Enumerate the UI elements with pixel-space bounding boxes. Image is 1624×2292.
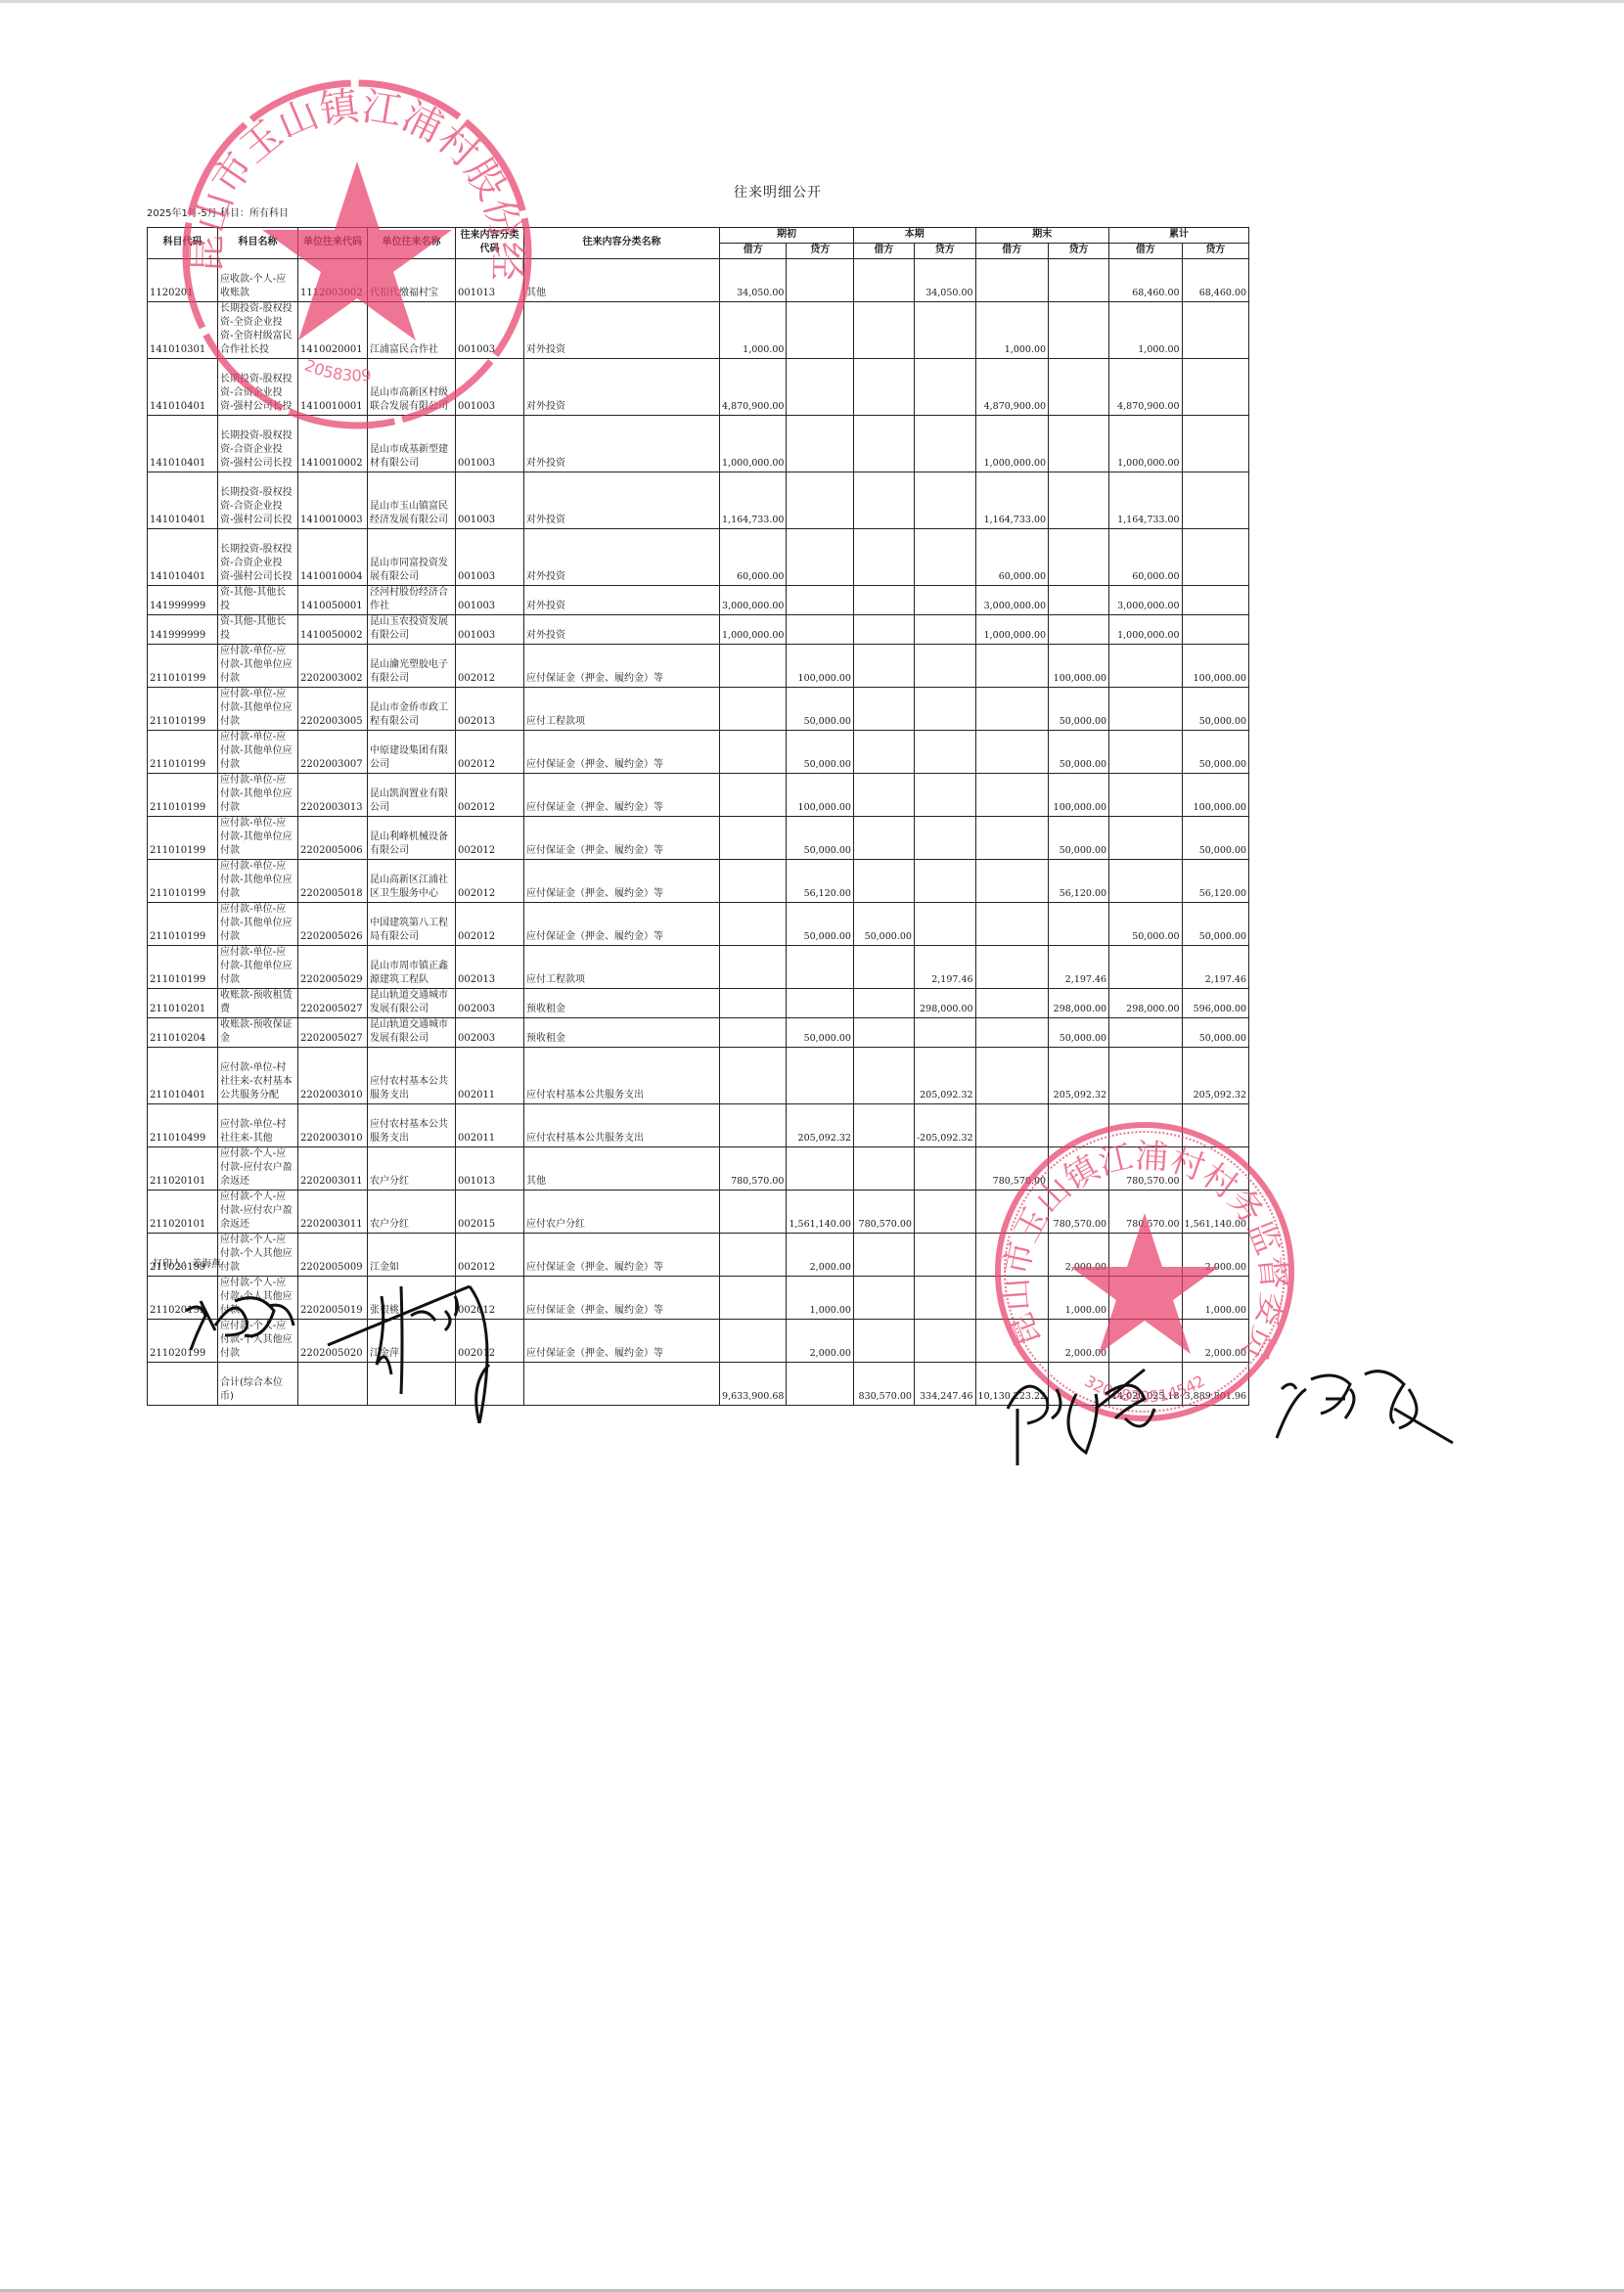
total-open-debit: 9,633,900.68 — [720, 1363, 787, 1406]
closing-credit-cell: 1,000.00 — [1049, 1277, 1109, 1320]
unit-code-cell: 2202005026 — [298, 903, 368, 946]
subject-name-cell: 应付款-单位-应付款-其他单位应付款 — [218, 946, 298, 989]
unit-code-cell: 2202005027 — [298, 989, 368, 1018]
current-credit-cell — [914, 472, 975, 529]
unit-name-cell: 昆山轨道交通城市发展有限公司 — [368, 1018, 456, 1048]
subject-code-cell: 211010201 — [148, 989, 218, 1018]
header-current-credit: 贷方 — [914, 244, 975, 259]
table-row: 211010199应付款-单位-应付款-其他单位应付款2202005026中国建… — [148, 903, 1249, 946]
closing-credit-cell — [1049, 615, 1109, 645]
current-credit-cell — [914, 903, 975, 946]
table-row: 211010199应付款-单位-应付款-其他单位应付款2202003005昆山市… — [148, 688, 1249, 731]
opening-debit-cell: 1,000,000.00 — [720, 416, 787, 472]
subject-code-cell: 141010401 — [148, 359, 218, 416]
cumulative-credit-cell — [1182, 529, 1248, 586]
current-debit-cell — [853, 416, 914, 472]
opening-credit-cell: 50,000.00 — [787, 1018, 853, 1048]
closing-debit-cell — [975, 1048, 1049, 1104]
table-row: 141999999资-其他-其他长投1410050001泾河村股份经济合作社00… — [148, 586, 1249, 615]
current-debit-cell — [853, 688, 914, 731]
header-cumulative-debit: 借方 — [1109, 244, 1183, 259]
cumulative-debit-cell — [1109, 1048, 1183, 1104]
unit-name-cell: 昆山市周市镇正鑫源建筑工程队 — [368, 946, 456, 989]
opening-debit-cell — [720, 989, 787, 1018]
cumulative-debit-cell: 1,000,000.00 — [1109, 416, 1183, 472]
unit-name-cell: 昆山市玉山镇富民经济发展有限公司 — [368, 472, 456, 529]
header-subject-name: 科目名称 — [218, 228, 298, 259]
cumulative-debit-cell: 1,000.00 — [1109, 302, 1183, 359]
closing-debit-cell: 1,000.00 — [975, 302, 1049, 359]
table-row: 141010401长期投资-股权投资-合资企业投资-强村公司长投14100100… — [148, 472, 1249, 529]
current-debit-cell — [853, 586, 914, 615]
total-blank-4 — [524, 1363, 720, 1406]
total-cumulative-debit: 14,020,025.18 — [1109, 1363, 1183, 1406]
unit-code-cell: 2202005009 — [298, 1234, 368, 1277]
closing-credit-cell: 50,000.00 — [1049, 817, 1109, 860]
closing-debit-cell: 1,000,000.00 — [975, 615, 1049, 645]
unit-code-cell: 2202003010 — [298, 1048, 368, 1104]
opening-credit-cell: 2,000.00 — [787, 1234, 853, 1277]
table-row: 211020199应付款-个人-应付款-个人其他应付款2202005009江金如… — [148, 1234, 1249, 1277]
opening-credit-cell — [787, 472, 853, 529]
category-code-cell: 002013 — [456, 946, 524, 989]
cumulative-credit-cell: 205,092.32 — [1182, 1048, 1248, 1104]
closing-credit-cell: 205,092.32 — [1049, 1048, 1109, 1104]
current-debit-cell: 780,570.00 — [853, 1191, 914, 1234]
table-row: 141010401长期投资-股权投资-合资企业投资-强村公司长投14100100… — [148, 416, 1249, 472]
closing-debit-cell — [975, 989, 1049, 1018]
subject-name-cell: 应付款-单位-村社往来-农村基本公共服务分配 — [218, 1048, 298, 1104]
category-name-cell: 应付工程款项 — [524, 688, 720, 731]
subject-name-cell: 应付款-单位-应付款-其他单位应付款 — [218, 645, 298, 688]
subject-code-cell: 211010401 — [148, 1048, 218, 1104]
subject-name-cell: 应收款-个人-应收账款 — [218, 259, 298, 302]
current-debit-cell — [853, 774, 914, 817]
cumulative-credit-cell: 50,000.00 — [1182, 1018, 1248, 1048]
category-name-cell: 对外投资 — [524, 302, 720, 359]
opening-credit-cell: 1,561,140.00 — [787, 1191, 853, 1234]
cumulative-credit-cell: 56,120.00 — [1182, 860, 1248, 903]
cumulative-debit-cell — [1109, 774, 1183, 817]
cumulative-credit-cell — [1182, 1147, 1248, 1191]
category-name-cell: 预收租金 — [524, 989, 720, 1018]
unit-code-cell: 1112003002 — [298, 259, 368, 302]
opening-credit-cell: 2,000.00 — [787, 1320, 853, 1363]
category-name-cell: 应付农户分红 — [524, 1191, 720, 1234]
closing-debit-cell — [975, 1277, 1049, 1320]
closing-credit-cell: 2,000.00 — [1049, 1234, 1109, 1277]
opening-debit-cell — [720, 645, 787, 688]
subject-name-cell: 应付款-个人-应付款-个人其他应付款 — [218, 1234, 298, 1277]
total-close-debit: 10,130,223.22 — [975, 1363, 1049, 1406]
category-code-cell: 002012 — [456, 860, 524, 903]
opening-debit-cell: 1,000,000.00 — [720, 615, 787, 645]
total-close-credit — [1049, 1363, 1109, 1406]
opening-credit-cell: 50,000.00 — [787, 817, 853, 860]
cumulative-debit-cell: 3,000,000.00 — [1109, 586, 1183, 615]
unit-code-cell: 2202005027 — [298, 1018, 368, 1048]
closing-credit-cell: 50,000.00 — [1049, 731, 1109, 774]
current-credit-cell — [914, 1234, 975, 1277]
subject-code-cell: 211020199 — [148, 1277, 218, 1320]
unit-name-cell: 昆山轨道交通城市发展有限公司 — [368, 989, 456, 1018]
closing-debit-cell — [975, 903, 1049, 946]
cumulative-debit-cell — [1109, 860, 1183, 903]
unit-code-cell: 2202005018 — [298, 860, 368, 903]
subject-name-cell: 资-其他-其他长投 — [218, 615, 298, 645]
opening-debit-cell: 3,000,000.00 — [720, 586, 787, 615]
cumulative-debit-cell: 4,870,900.00 — [1109, 359, 1183, 416]
unit-code-cell: 2202003005 — [298, 688, 368, 731]
table-row: 141010401长期投资-股权投资-合资企业投资-强村公司长投14100100… — [148, 359, 1249, 416]
opening-credit-cell: 100,000.00 — [787, 774, 853, 817]
unit-code-cell: 2202003010 — [298, 1104, 368, 1147]
unit-name-cell: 昆山市同富投资发展有限公司 — [368, 529, 456, 586]
header-category-name: 往来内容分类名称 — [524, 228, 720, 259]
closing-debit-cell: 780,570.00 — [975, 1147, 1049, 1191]
opening-credit-cell: 100,000.00 — [787, 645, 853, 688]
table-row: 211010199应付款-单位-应付款-其他单位应付款2202005029昆山市… — [148, 946, 1249, 989]
total-cumulative-credit: 3,889,801.96 — [1182, 1363, 1248, 1406]
total-current-debit: 830,570.00 — [853, 1363, 914, 1406]
current-credit-cell: 205,092.32 — [914, 1048, 975, 1104]
unit-code-cell: 1410010003 — [298, 472, 368, 529]
opening-debit-cell — [720, 731, 787, 774]
table-row: 211010199应付款-单位-应付款-其他单位应付款2202005006昆山利… — [148, 817, 1249, 860]
cumulative-debit-cell — [1109, 1234, 1183, 1277]
total-empty — [148, 1363, 218, 1406]
total-blank-1 — [298, 1363, 368, 1406]
closing-credit-cell — [1049, 529, 1109, 586]
table-row: 211010401应付款-单位-村社往来-农村基本公共服务分配220200301… — [148, 1048, 1249, 1104]
unit-code-cell: 2202003011 — [298, 1147, 368, 1191]
cumulative-credit-cell: 50,000.00 — [1182, 817, 1248, 860]
closing-credit-cell: 50,000.00 — [1049, 1018, 1109, 1048]
cumulative-credit-cell — [1182, 302, 1248, 359]
category-code-cell: 002012 — [456, 903, 524, 946]
unit-name-cell: 江浦富民合作社 — [368, 302, 456, 359]
cumulative-credit-cell: 2,000.00 — [1182, 1320, 1248, 1363]
cumulative-credit-cell: 1,561,140.00 — [1182, 1191, 1248, 1234]
category-name-cell: 应付保证金（押金、履约金）等 — [524, 860, 720, 903]
category-code-cell: 002012 — [456, 1234, 524, 1277]
opening-credit-cell — [787, 359, 853, 416]
closing-credit-cell — [1049, 259, 1109, 302]
cumulative-debit-cell — [1109, 645, 1183, 688]
opening-debit-cell — [720, 1320, 787, 1363]
unit-code-cell: 2202005019 — [298, 1277, 368, 1320]
header-current-debit: 借方 — [853, 244, 914, 259]
closing-debit-cell — [975, 860, 1049, 903]
cumulative-credit-cell: 100,000.00 — [1182, 774, 1248, 817]
cumulative-credit-cell — [1182, 586, 1248, 615]
category-name-cell: 其他 — [524, 1147, 720, 1191]
current-debit-cell — [853, 529, 914, 586]
subject-name-cell: 应付款-单位-应付款-其他单位应付款 — [218, 860, 298, 903]
opening-debit-cell — [720, 1018, 787, 1048]
cumulative-credit-cell: 50,000.00 — [1182, 903, 1248, 946]
subject-name-cell: 收账款-预收租赁费 — [218, 989, 298, 1018]
closing-credit-cell: 2,000.00 — [1049, 1320, 1109, 1363]
header-closing-credit: 贷方 — [1049, 244, 1109, 259]
cumulative-debit-cell — [1109, 1277, 1183, 1320]
category-code-cell: 001013 — [456, 1147, 524, 1191]
table-row: 211010201收账款-预收租赁费2202005027昆山轨道交通城市发展有限… — [148, 989, 1249, 1018]
current-debit-cell: 50,000.00 — [853, 903, 914, 946]
unit-name-cell: 昆山利峰机械设备有限公司 — [368, 817, 456, 860]
cumulative-debit-cell — [1109, 1104, 1183, 1147]
closing-debit-cell — [975, 731, 1049, 774]
subject-name-cell: 应付款-单位-应付款-其他单位应付款 — [218, 774, 298, 817]
category-name-cell: 应付保证金（押金、履约金）等 — [524, 645, 720, 688]
header-opening-debit: 借方 — [720, 244, 787, 259]
closing-debit-cell — [975, 1018, 1049, 1048]
opening-debit-cell — [720, 860, 787, 903]
header-current: 本期 — [853, 228, 975, 244]
table-row: 141010301长期投资-股权投资-全资企业投资-全资村级富民合作社长投141… — [148, 302, 1249, 359]
total-row: 合计(综合本位币) 9,633,900.68 830,570.00 334,24… — [148, 1363, 1249, 1406]
header-unit-code: 单位往来代码 — [298, 228, 368, 259]
category-code-cell: 002012 — [456, 817, 524, 860]
current-debit-cell — [853, 817, 914, 860]
current-debit-cell — [853, 359, 914, 416]
category-code-cell: 002003 — [456, 989, 524, 1018]
table-row: 141999999资-其他-其他长投1410050002昆山玉农投资发展有限公司… — [148, 615, 1249, 645]
subject-code-cell: 211010199 — [148, 903, 218, 946]
opening-credit-cell — [787, 302, 853, 359]
unit-code-cell: 2202003013 — [298, 774, 368, 817]
opening-debit-cell: 4,870,900.00 — [720, 359, 787, 416]
closing-credit-cell — [1049, 1104, 1109, 1147]
unit-name-cell: 昆山市高新区村级联合发展有限公司 — [368, 359, 456, 416]
document-title: 往来明细公开 — [734, 182, 822, 202]
cumulative-credit-cell — [1182, 359, 1248, 416]
total-current-credit: 334,247.46 — [914, 1363, 975, 1406]
closing-credit-cell — [1049, 302, 1109, 359]
opening-debit-cell: 34,050.00 — [720, 259, 787, 302]
subject-code-cell: 141010401 — [148, 416, 218, 472]
subject-code-cell: 211010199 — [148, 817, 218, 860]
category-code-cell: 002012 — [456, 1320, 524, 1363]
category-name-cell: 对外投资 — [524, 586, 720, 615]
cumulative-credit-cell — [1182, 416, 1248, 472]
category-name-cell: 应付保证金（押金、履约金）等 — [524, 1320, 720, 1363]
closing-credit-cell — [1049, 903, 1109, 946]
opening-credit-cell: 56,120.00 — [787, 860, 853, 903]
opening-credit-cell: 205,092.32 — [787, 1104, 853, 1147]
category-name-cell: 对外投资 — [524, 416, 720, 472]
opening-debit-cell — [720, 688, 787, 731]
total-blank-3 — [456, 1363, 524, 1406]
ledger-body: 1120201应收款-个人-应收账款1112003002代扣代缴福村宝00101… — [148, 259, 1249, 1363]
opening-debit-cell: 1,000.00 — [720, 302, 787, 359]
category-code-cell: 001003 — [456, 615, 524, 645]
current-debit-cell — [853, 860, 914, 903]
cumulative-credit-cell: 2,197.46 — [1182, 946, 1248, 989]
category-code-cell: 001003 — [456, 472, 524, 529]
period-line: 2025年1月-5月 科目：所有科目 — [147, 207, 303, 220]
subject-code-cell: 141010401 — [148, 529, 218, 586]
opening-debit-cell — [720, 903, 787, 946]
table-row: 211010499应付款-单位-村社往来-其他2202003010应付农村基本公… — [148, 1104, 1249, 1147]
category-code-cell: 002015 — [456, 1191, 524, 1234]
closing-debit-cell — [975, 1234, 1049, 1277]
current-credit-cell: 2,197.46 — [914, 946, 975, 989]
opening-credit-cell: 50,000.00 — [787, 731, 853, 774]
current-credit-cell: -205,092.32 — [914, 1104, 975, 1147]
subject-name-cell: 长期投资-股权投资-全资企业投资-全资村级富民合作社长投 — [218, 302, 298, 359]
table-row: 211010199应付款-单位-应付款-其他单位应付款2202005018昆山高… — [148, 860, 1249, 903]
opening-credit-cell — [787, 259, 853, 302]
header-opening: 期初 — [720, 228, 854, 244]
closing-debit-cell — [975, 774, 1049, 817]
category-code-cell: 002012 — [456, 731, 524, 774]
subject-name-cell: 长期投资-股权投资-合资企业投资-强村公司长投 — [218, 359, 298, 416]
unit-name-cell: 昆山市成基新型建材有限公司 — [368, 416, 456, 472]
cumulative-debit-cell: 780,570.00 — [1109, 1191, 1183, 1234]
header-opening-credit: 贷方 — [787, 244, 853, 259]
table-row: 141010401长期投资-股权投资-合资企业投资-强村公司长投14100100… — [148, 529, 1249, 586]
closing-debit-cell: 60,000.00 — [975, 529, 1049, 586]
subject-name-cell: 长期投资-股权投资-合资企业投资-强村公司长投 — [218, 472, 298, 529]
category-name-cell: 应付工程款项 — [524, 946, 720, 989]
opening-debit-cell: 60,000.00 — [720, 529, 787, 586]
opening-debit-cell — [720, 946, 787, 989]
opening-credit-cell — [787, 615, 853, 645]
closing-debit-cell — [975, 688, 1049, 731]
category-code-cell: 002012 — [456, 645, 524, 688]
unit-name-cell: 中国建筑第八工程局有限公司 — [368, 903, 456, 946]
unit-code-cell: 1410050002 — [298, 615, 368, 645]
closing-credit-cell: 50,000.00 — [1049, 688, 1109, 731]
unit-code-cell: 2202005006 — [298, 817, 368, 860]
current-credit-cell — [914, 817, 975, 860]
cumulative-credit-cell: 596,000.00 — [1182, 989, 1248, 1018]
printer-name: 姜海燕 — [192, 1259, 221, 1270]
subject-name-cell: 应付款-个人-应付款-个人其他应付款 — [218, 1277, 298, 1320]
current-credit-cell — [914, 645, 975, 688]
category-name-cell: 预收租金 — [524, 1018, 720, 1048]
category-code-cell: 001003 — [456, 302, 524, 359]
unit-code-cell: 1410010004 — [298, 529, 368, 586]
current-debit-cell — [853, 472, 914, 529]
current-debit-cell — [853, 946, 914, 989]
cumulative-debit-cell: 298,000.00 — [1109, 989, 1183, 1018]
current-credit-cell — [914, 302, 975, 359]
unit-name-cell: 代扣代缴福村宝 — [368, 259, 456, 302]
header-unit-name: 单位往来名称 — [368, 228, 456, 259]
opening-debit-cell — [720, 1048, 787, 1104]
cumulative-debit-cell: 60,000.00 — [1109, 529, 1183, 586]
current-debit-cell — [853, 645, 914, 688]
current-credit-cell — [914, 529, 975, 586]
cumulative-debit-cell: 68,460.00 — [1109, 259, 1183, 302]
subject-code-cell: 211010199 — [148, 731, 218, 774]
category-name-cell: 对外投资 — [524, 529, 720, 586]
cumulative-credit-cell — [1182, 472, 1248, 529]
subject-code-cell: 141010401 — [148, 472, 218, 529]
unit-name-cell: 农户分红 — [368, 1191, 456, 1234]
current-credit-cell: 298,000.00 — [914, 989, 975, 1018]
closing-credit-cell: 298,000.00 — [1049, 989, 1109, 1018]
current-debit-cell — [853, 989, 914, 1018]
current-credit-cell — [914, 1147, 975, 1191]
current-debit-cell — [853, 1048, 914, 1104]
opening-credit-cell: 1,000.00 — [787, 1277, 853, 1320]
current-credit-cell — [914, 688, 975, 731]
cumulative-credit-cell: 50,000.00 — [1182, 688, 1248, 731]
cumulative-debit-cell — [1109, 946, 1183, 989]
cumulative-debit-cell — [1109, 1320, 1183, 1363]
table-row: 211010204收账款-预收保证金2202005027昆山轨道交通城市发展有限… — [148, 1018, 1249, 1048]
subject-name-cell: 应付款-单位-应付款-其他单位应付款 — [218, 688, 298, 731]
subject-code-cell: 211010499 — [148, 1104, 218, 1147]
opening-debit-cell: 1,164,733.00 — [720, 472, 787, 529]
cumulative-debit-cell: 1,164,733.00 — [1109, 472, 1183, 529]
subject-name-cell: 资-其他-其他长投 — [218, 586, 298, 615]
current-credit-cell — [914, 359, 975, 416]
table-row: 211020199应付款-个人-应付款-个人其他应付款2202005019张根桃… — [148, 1277, 1249, 1320]
subject-name-cell: 应付款-单位-应付款-其他单位应付款 — [218, 903, 298, 946]
current-credit-cell: 34,050.00 — [914, 259, 975, 302]
subject-code-cell: 211020199 — [148, 1320, 218, 1363]
opening-debit-cell: 780,570.00 — [720, 1147, 787, 1191]
printer-label: 打印人： — [153, 1259, 192, 1270]
header-closing: 期末 — [975, 228, 1109, 244]
current-debit-cell — [853, 302, 914, 359]
subject-code-cell: 141999999 — [148, 586, 218, 615]
unit-name-cell: 昆山瀹光塑胶电子有限公司 — [368, 645, 456, 688]
opening-credit-cell — [787, 586, 853, 615]
current-debit-cell — [853, 1234, 914, 1277]
current-credit-cell — [914, 1018, 975, 1048]
unit-name-cell: 江金如 — [368, 1234, 456, 1277]
unit-code-cell: 1410010002 — [298, 416, 368, 472]
table-row: 211010199应付款-单位-应付款-其他单位应付款2202003013昆山凯… — [148, 774, 1249, 817]
category-name-cell: 应付保证金（押金、履约金）等 — [524, 1234, 720, 1277]
closing-credit-cell — [1049, 472, 1109, 529]
closing-debit-cell: 1,000,000.00 — [975, 416, 1049, 472]
subject-label: 科目： — [220, 208, 249, 219]
table-row: 211020199应付款-个人-应付款-个人其他应付款2202005020江金萍… — [148, 1320, 1249, 1363]
subject-code-cell: 211010199 — [148, 645, 218, 688]
subject-name-cell: 应付款-个人-应付款-应付农户盈余返还 — [218, 1191, 298, 1234]
total-blank-2 — [368, 1363, 456, 1406]
category-code-cell: 001003 — [456, 416, 524, 472]
subject-name-cell: 应付款-个人-应付款-个人其他应付款 — [218, 1320, 298, 1363]
closing-debit-cell — [975, 1191, 1049, 1234]
cumulative-credit-cell: 100,000.00 — [1182, 645, 1248, 688]
subject-code-cell: 141010301 — [148, 302, 218, 359]
opening-credit-cell — [787, 989, 853, 1018]
unit-name-cell: 农户分红 — [368, 1147, 456, 1191]
current-debit-cell — [853, 1018, 914, 1048]
subject-code-cell: 1120201 — [148, 259, 218, 302]
header-category-code: 往来内容分类代码 — [456, 228, 524, 259]
cumulative-credit-cell — [1182, 1104, 1248, 1147]
closing-debit-cell — [975, 946, 1049, 989]
closing-debit-cell — [975, 1104, 1049, 1147]
cumulative-debit-cell — [1109, 817, 1183, 860]
header-subject-code: 科目代码 — [148, 228, 218, 259]
current-debit-cell — [853, 1320, 914, 1363]
cumulative-credit-cell: 1,000.00 — [1182, 1277, 1248, 1320]
cumulative-debit-cell: 50,000.00 — [1109, 903, 1183, 946]
unit-code-cell: 1410010001 — [298, 359, 368, 416]
total-open-credit — [787, 1363, 853, 1406]
period: 2025年1月-5月 — [147, 208, 217, 219]
category-code-cell: 001003 — [456, 359, 524, 416]
